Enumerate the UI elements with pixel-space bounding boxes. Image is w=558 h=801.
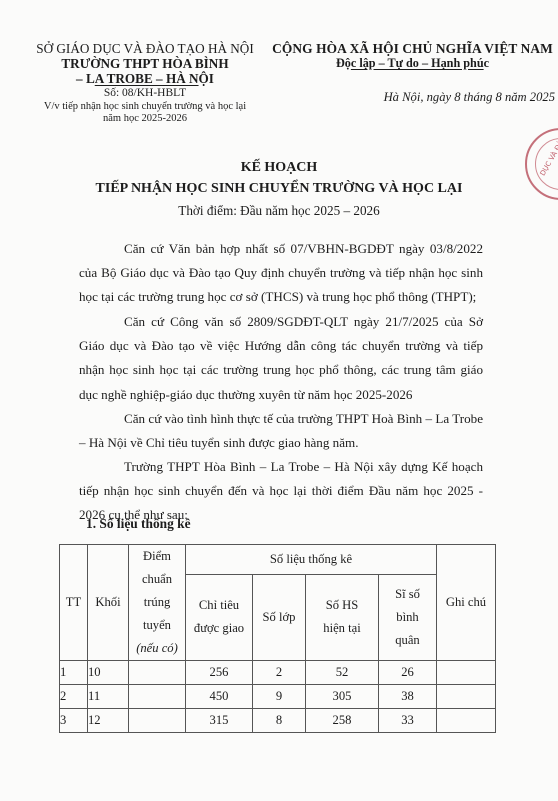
cell-chi-tieu: 256 <box>186 661 253 685</box>
header-text: tuyển <box>129 614 185 637</box>
cell-so-hs: 305 <box>306 685 379 709</box>
cell-so-lop: 9 <box>253 685 306 709</box>
header-chi-tieu: Chỉ tiêu được giao <box>186 574 253 660</box>
cell-ghi-chu <box>437 685 496 709</box>
motto-prefix: Độ <box>336 56 351 70</box>
place-and-date: Hà Nội, ngày 8 tháng 8 năm 2025 <box>340 90 555 105</box>
header-text: hiện tại <box>306 617 378 640</box>
cell-tt: 3 <box>60 709 88 733</box>
motto-underlined: c lập – Tự do – Hạnh phú <box>351 56 484 70</box>
motto-suffix: c <box>484 56 489 70</box>
school-name-underlined: A TROBE – HÀ N <box>95 71 199 86</box>
cell-diem <box>129 709 186 733</box>
document-type-title: KẾ HOẠCH <box>0 160 558 176</box>
header-text: trúng <box>129 591 185 614</box>
school-name-line2: – LA TROBE – HÀ NỘI <box>20 71 270 86</box>
national-header: CỘNG HÒA XÃ HỘI CHỦ NGHĨA VIỆT NAM Độc l… <box>270 41 555 71</box>
header-diem-chuan: Điểm chuẩn trúng tuyển (nếu có) <box>129 545 186 661</box>
header-text: được giao <box>186 617 252 640</box>
paragraph-text: Căn cứ Công văn số 2809/SGDĐT-QLT ngày 2… <box>79 310 483 407</box>
header-so-lop: Số lớp <box>253 574 306 660</box>
table-row: 2 11 450 9 305 38 <box>60 685 496 709</box>
document-number: Số: 08/KH-HBLT <box>20 86 270 101</box>
statistics-table: TT Khối Điểm chuẩn trúng tuyển (nếu có) … <box>59 544 496 733</box>
header-so-hs: Số HS hiện tại <box>306 574 379 660</box>
cell-diem <box>129 661 186 685</box>
cell-tt: 1 <box>60 661 88 685</box>
cell-so-lop: 2 <box>253 661 306 685</box>
paragraph-legal-basis-2: Căn cứ Công văn số 2809/SGDĐT-QLT ngày 2… <box>79 310 483 407</box>
country-name: CỘNG HÒA XÃ HỘI CHỦ NGHĨA VIỆT NAM <box>270 41 555 56</box>
cell-ghi-chu <box>437 709 496 733</box>
cell-diem <box>129 685 186 709</box>
header-text: chuẩn <box>129 568 185 591</box>
cell-khoi: 10 <box>88 661 129 685</box>
cell-so-hs: 52 <box>306 661 379 685</box>
header-ghi-chu: Ghi chú <box>437 545 496 661</box>
school-name-prefix: – L <box>76 71 95 86</box>
paragraph-text: Căn cứ Văn bản hợp nhất số 07/VBHN-BGDĐT… <box>79 237 483 310</box>
table-row: 1 10 256 2 52 26 <box>60 661 496 685</box>
paragraph-legal-basis-3: Căn cứ vào tình hình thực tế của trường … <box>79 407 483 455</box>
document-main-title: TIẾP NHẬN HỌC SINH CHUYỂN TRƯỜNG VÀ HỌC … <box>0 181 558 197</box>
school-name-line1: TRƯỜNG THPT HÒA BÌNH <box>20 56 270 71</box>
header-si-so: Sĩ số bình quân <box>379 574 437 660</box>
table-header-row: TT Khối Điểm chuẩn trúng tuyển (nếu có) … <box>60 545 496 575</box>
cell-chi-tieu: 450 <box>186 685 253 709</box>
header-text: quân <box>379 629 436 652</box>
national-motto: Độc lập – Tự do – Hạnh phúc <box>270 56 555 71</box>
header-text: Điểm <box>129 545 185 568</box>
school-name-suffix: ỘI <box>199 71 214 86</box>
header-text: Số HS <box>306 594 378 617</box>
header-tt: TT <box>60 545 88 661</box>
subject-line-1: V/v tiếp nhận học sinh chuyển trường và … <box>20 101 270 113</box>
cell-khoi: 12 <box>88 709 129 733</box>
cell-so-hs: 258 <box>306 709 379 733</box>
cell-khoi: 11 <box>88 685 129 709</box>
cell-so-lop: 8 <box>253 709 306 733</box>
table-row: 3 12 315 8 258 33 <box>60 709 496 733</box>
department-name: SỞ GIÁO DỤC VÀ ĐÀO TẠO HÀ NỘI <box>20 41 270 56</box>
header-text: bình <box>379 606 436 629</box>
cell-si-so: 33 <box>379 709 437 733</box>
section-heading: 1. Số liệu thống kê <box>86 516 191 532</box>
document-subtitle: Thời điểm: Đầu năm học 2025 – 2026 <box>0 203 558 219</box>
header-text: Chỉ tiêu <box>186 594 252 617</box>
header-khoi: Khối <box>88 545 129 661</box>
cell-si-so: 38 <box>379 685 437 709</box>
paragraph-legal-basis-1: Căn cứ Văn bản hợp nhất số 07/VBHN-BGDĐT… <box>79 237 483 310</box>
cell-si-so: 26 <box>379 661 437 685</box>
header-text: (nếu có) <box>129 637 185 660</box>
header-text: Sĩ số <box>379 583 436 606</box>
cell-chi-tieu: 315 <box>186 709 253 733</box>
cell-tt: 2 <box>60 685 88 709</box>
cell-ghi-chu <box>437 661 496 685</box>
header-group-statistics: Số liệu thống kê <box>186 545 437 575</box>
issuer-header: SỞ GIÁO DỤC VÀ ĐÀO TẠO HÀ NỘI TRƯỜNG THP… <box>20 41 270 125</box>
paragraph-text: Căn cứ vào tình hình thực tế của trường … <box>79 407 483 455</box>
subject-line-2: năm học 2025-2026 <box>20 113 270 125</box>
